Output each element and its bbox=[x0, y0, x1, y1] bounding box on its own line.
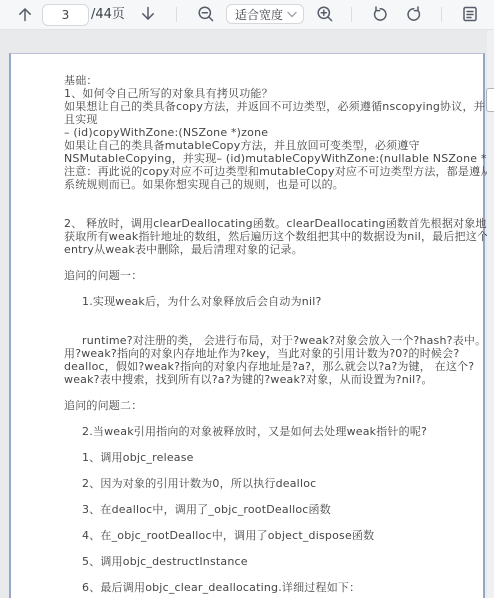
blank-line bbox=[64, 386, 494, 399]
text-line: – (id)copyWithZone:(NSZone *)zone bbox=[64, 126, 494, 139]
up-arrow-icon bbox=[16, 5, 34, 23]
scrollbar-thumb[interactable] bbox=[486, 88, 494, 112]
blank-line bbox=[64, 490, 494, 503]
text-line: 1.实现weak后，为什么对象释放后会自动为nil? bbox=[64, 295, 494, 308]
toolbar-divider bbox=[441, 7, 442, 22]
text-line: 1、调用objc_release bbox=[64, 451, 494, 464]
pdf-page: 基础：1、如何令自己所写的对象具有拷贝功能？如果想让自己的类具备copy方法，并… bbox=[9, 53, 485, 598]
text-line: 1、如何令自己所写的对象具有拷贝功能？ bbox=[64, 87, 494, 100]
text-line: 如果让自己的类具备mutableCopy方法，并且放回可变类型，必须遵守 bbox=[64, 139, 494, 152]
page-number-input[interactable] bbox=[42, 4, 89, 26]
text-line: 2.当weak引用指向的对象被释放时，又是如何去处理weak指针的呢? bbox=[64, 425, 494, 438]
text-line: runtime?对注册的类， 会进行布局，对于?weak?对象会放入一个?has… bbox=[64, 334, 494, 347]
rotate-left-button[interactable] bbox=[368, 2, 392, 26]
magnifier-minus-icon bbox=[197, 5, 215, 23]
blank-line bbox=[64, 412, 494, 425]
rotate-counterclockwise-icon bbox=[371, 5, 389, 23]
text-line: 基础： bbox=[64, 74, 494, 87]
vertical-scrollbar[interactable] bbox=[487, 30, 494, 598]
blank-line bbox=[64, 256, 494, 269]
page-total-label: /44页 bbox=[91, 0, 125, 29]
blank-line bbox=[64, 321, 494, 334]
text-line: 注意：再此说的copy对应不可边类型和mutableCopy对应不可边类型方法，… bbox=[64, 165, 494, 178]
rotate-right-button[interactable] bbox=[402, 2, 426, 26]
text-line: 追问的问题一： bbox=[64, 269, 494, 282]
magnifier-plus-icon bbox=[316, 5, 334, 23]
next-page-button[interactable] bbox=[136, 2, 160, 26]
text-line: entry从weak表中删除，最后清理对象的记录。 bbox=[64, 243, 494, 256]
zoom-out-button[interactable] bbox=[194, 2, 218, 26]
chevron-down-icon bbox=[287, 11, 297, 18]
text-line: NSMutableCopying，并实现– (id)mutableCopyWit… bbox=[64, 152, 494, 165]
text-line: 2、 释放时，调用clearDeallocating函数。clearDeallo… bbox=[64, 217, 494, 230]
text-line: 用?weak?指向的对象内存地址作为?key，当此对象的引用计数为?0?的时候会… bbox=[64, 347, 494, 360]
blank-line bbox=[64, 308, 494, 321]
toolbar-divider bbox=[351, 7, 352, 22]
rotate-clockwise-icon bbox=[405, 5, 423, 23]
blank-line bbox=[64, 204, 494, 217]
blank-line bbox=[64, 282, 494, 295]
blank-line bbox=[64, 191, 494, 204]
text-line: 追问的问题二： bbox=[64, 399, 494, 412]
text-line: 如果想让自己的类具备copy方法，并返回不可边类型，必须遵循nscopying协… bbox=[64, 100, 494, 113]
toolbar: /44页 适合宽度 bbox=[0, 0, 494, 30]
document-outline-icon bbox=[461, 5, 479, 23]
down-arrow-icon bbox=[139, 5, 157, 23]
text-line: 6、最后调用objc_clear_deallocating.详细过程如下： bbox=[64, 581, 494, 594]
text-line: 5、调用objc_destructInstance bbox=[64, 555, 494, 568]
text-line: weak?表中搜索，找到所有以?a?为键的?weak?对象，从而设置为?nil?… bbox=[64, 373, 494, 386]
text-line: 系统规则而已。如果你想实现自己的规则，也是可以的。 bbox=[64, 178, 494, 191]
blank-line bbox=[64, 464, 494, 477]
pdf-viewer-window: { "toolbar": { "page_value": "3", "page_… bbox=[0, 0, 494, 598]
text-line: dealloc，假如?weak?指向的对象内存地址是?a?，那么就会以?a?为键… bbox=[64, 360, 494, 373]
zoom-in-button[interactable] bbox=[313, 2, 337, 26]
page-text: 基础：1、如何令自己所写的对象具有拷贝功能？如果想让自己的类具备copy方法，并… bbox=[64, 74, 494, 594]
text-line: 且实现 bbox=[64, 113, 494, 126]
previous-page-button[interactable] bbox=[13, 2, 37, 26]
toolbar-divider bbox=[176, 7, 177, 22]
text-line: 2、因为对象的引用计数为0，所以执行dealloc bbox=[64, 477, 494, 490]
blank-line bbox=[64, 516, 494, 529]
text-line: 3、在dealloc中，调用了_objc_rootDealloc函数 bbox=[64, 503, 494, 516]
fit-mode-label: 适合宽度 bbox=[227, 6, 287, 23]
text-line: 4、在_objc_rootDealloc中，调用了object_dispose函… bbox=[64, 529, 494, 542]
outline-panel-button[interactable] bbox=[458, 2, 482, 26]
fit-mode-dropdown[interactable]: 适合宽度 bbox=[226, 4, 304, 24]
blank-line bbox=[64, 542, 494, 555]
text-line: 获取所有weak指针地址的数组，然后遍历这个数组把其中的数据设为nil，最后把这… bbox=[64, 230, 494, 243]
blank-line bbox=[64, 568, 494, 581]
blank-line bbox=[64, 438, 494, 451]
document-canvas: 基础：1、如何令自己所写的对象具有拷贝功能？如果想让自己的类具备copy方法，并… bbox=[0, 30, 494, 598]
